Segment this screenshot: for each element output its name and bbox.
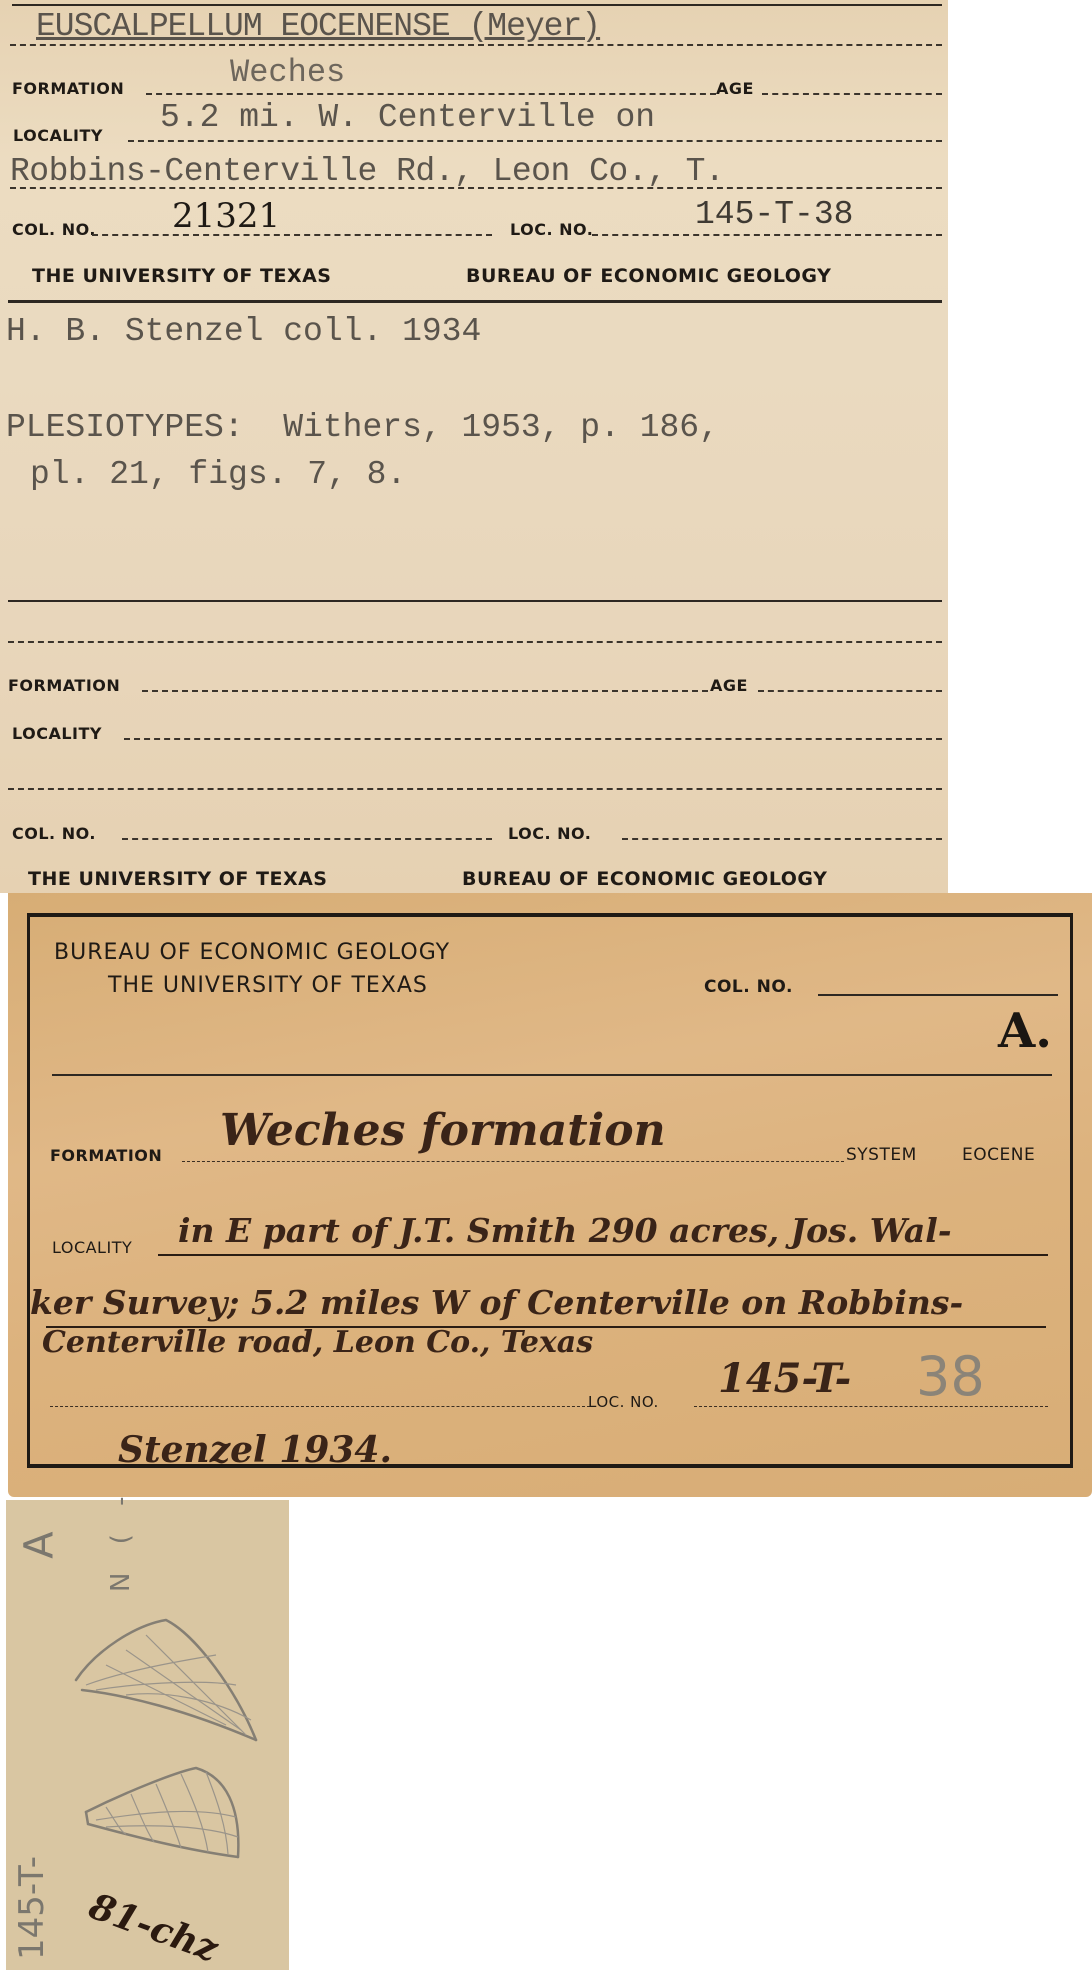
loc-no-label: LOC. NO. <box>510 220 593 239</box>
blank-rule-2 <box>8 641 942 643</box>
system-value: EOCENE <box>962 1145 1035 1165</box>
fossil-sketch-icon <box>76 1762 256 1872</box>
loc-no-rule <box>694 1406 1048 1407</box>
footer-bureau: BUREAU OF ECONOMIC GEOLOGY <box>466 265 831 287</box>
locality-line-2: Robbins-Centerville Rd., Leon Co., T. <box>10 153 724 190</box>
locality-rule-1 <box>128 140 942 142</box>
fossil-sketch-icon <box>66 1610 276 1760</box>
col-no-rule <box>818 994 1058 996</box>
locality-label: LOCALITY <box>13 126 103 145</box>
species-name: EUSCALPELLUM EOCENENSE (Meyer) <box>36 8 600 45</box>
blank-col-no-rule <box>122 838 492 840</box>
col-no-rule <box>92 234 492 236</box>
col-no-label: COL. NO. <box>12 220 96 239</box>
loc-no-value-ink: 145-T- <box>718 1355 851 1402</box>
locality-rule-2 <box>10 187 942 189</box>
plesiotypes-line-1: PLESIOTYPES: Withers, 1953, p. 186, <box>6 409 719 446</box>
blank-age-rule <box>758 690 942 692</box>
pencil-marks: N ( - <box>106 1486 136 1592</box>
loc-no-value-pencil: 38 <box>916 1345 985 1408</box>
age-rule <box>762 93 942 95</box>
plesiotypes-line-2: pl. 21, figs. 7, 8. <box>30 456 406 493</box>
species-rule <box>10 44 942 46</box>
formation-rule <box>182 1161 844 1162</box>
locality-line-1: in E part of J.T. Smith 290 acres, Jos. … <box>178 1211 952 1250</box>
blank-formation-label: FORMATION <box>8 676 120 695</box>
blank-col-no-label: COL. NO. <box>12 824 96 843</box>
formation-label: FORMATION <box>12 79 124 98</box>
col-no-value: A. <box>998 1003 1052 1059</box>
col-no-label: COL. NO. <box>704 977 793 997</box>
sketch-card: A N ( - 145-T- 81-chz <box>6 1500 289 1970</box>
collector-note: H. B. Stenzel coll. 1934 <box>6 313 481 350</box>
system-label: SYSTEM <box>846 1145 917 1165</box>
blank-locality-label: LOCALITY <box>12 724 102 743</box>
header-rule <box>52 1074 1052 1076</box>
blank-footer-bureau: BUREAU OF ECONOMIC GEOLOGY <box>462 868 827 890</box>
blank-loc-no-label: LOC. NO. <box>508 824 591 843</box>
blank-age-label: AGE <box>710 676 748 695</box>
age-label: AGE <box>716 79 754 98</box>
formation-rule <box>146 93 716 95</box>
blank-rule-1 <box>8 600 942 602</box>
pencil-letter-a: A <box>17 1531 63 1558</box>
pencil-locality-number: 145-T- <box>12 1856 52 1960</box>
blank-footer-university: THE UNIVERSITY OF TEXAS <box>28 868 327 890</box>
blank-formation-rule <box>142 690 708 692</box>
blank-locality-rule-2 <box>8 788 942 790</box>
locality-label: LOCALITY <box>52 1238 132 1257</box>
loc-no-rule <box>592 234 942 236</box>
collector-signature: Stenzel 1934. <box>118 1429 392 1471</box>
bureau-heading: BUREAU OF ECONOMIC GEOLOGY <box>54 940 450 965</box>
locality-line-3: Centerville road, Leon Co., Texas <box>42 1325 593 1360</box>
blank-loc-no-rule <box>622 838 942 840</box>
footer-rule <box>8 300 942 303</box>
loc-no-leading-rule <box>50 1406 590 1407</box>
formation-value: Weches <box>230 54 345 91</box>
locality-rule-1 <box>158 1254 1048 1256</box>
locality-line-2: ker Survey; 5.2 miles W of Centerville o… <box>30 1283 963 1322</box>
col-no-value: 21321 <box>172 196 280 236</box>
loc-no-label: LOC. NO. <box>588 1393 659 1411</box>
formation-value: Weches formation <box>220 1105 666 1156</box>
top-rule <box>12 4 942 6</box>
envelope-label: BUREAU OF ECONOMIC GEOLOGY THE UNIVERSIT… <box>8 893 1092 1497</box>
loc-no-value: 145-T-38 <box>695 196 853 233</box>
footer-university: THE UNIVERSITY OF TEXAS <box>32 265 331 287</box>
specimen-index-card: EUSCALPELLUM EOCENENSE (Meyer) Weches FO… <box>0 0 948 893</box>
locality-line-1: 5.2 mi. W. Centerville on <box>160 99 655 136</box>
ink-note: 81-chz <box>84 1885 224 1970</box>
formation-label: FORMATION <box>50 1146 162 1165</box>
university-heading: THE UNIVERSITY OF TEXAS <box>108 973 428 998</box>
blank-locality-rule <box>124 738 942 740</box>
